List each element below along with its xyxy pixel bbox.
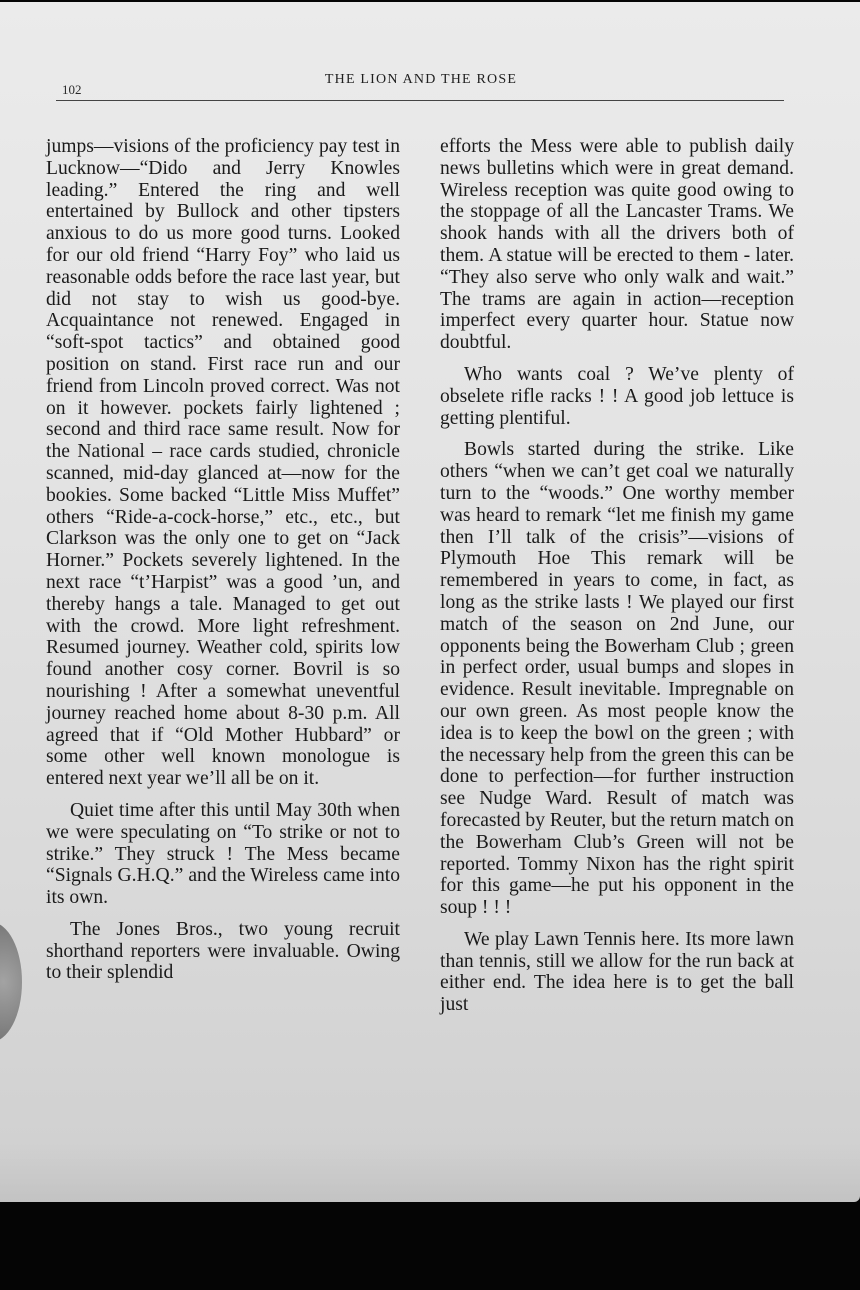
paragraph: We play Lawn Tennis here. Its more lawn …	[440, 929, 794, 1016]
paragraph: Who wants coal ? We’ve plenty of obselet…	[440, 364, 794, 429]
paragraph: jumps—visions of the proficiency pay tes…	[46, 136, 400, 790]
thumb-holding-page	[0, 922, 22, 1042]
paragraph: efforts the Mess were able to publish da…	[440, 136, 794, 354]
paragraph: The Jones Bros., two young recruit short…	[46, 919, 400, 984]
header-rule	[56, 100, 784, 101]
paragraph: Bowls started during the strike. Like ot…	[440, 439, 794, 919]
paragraph: Quiet time after this until May 30th whe…	[46, 800, 400, 909]
right-column: efforts the Mess were able to publish da…	[440, 136, 794, 1016]
book-page: 102 THE LION AND THE ROSE jumps—visions …	[0, 2, 860, 1202]
left-column: jumps—visions of the proficiency pay tes…	[46, 136, 400, 984]
running-title: THE LION AND THE ROSE	[58, 72, 784, 88]
page-header: 102 THE LION AND THE ROSE	[58, 68, 784, 98]
